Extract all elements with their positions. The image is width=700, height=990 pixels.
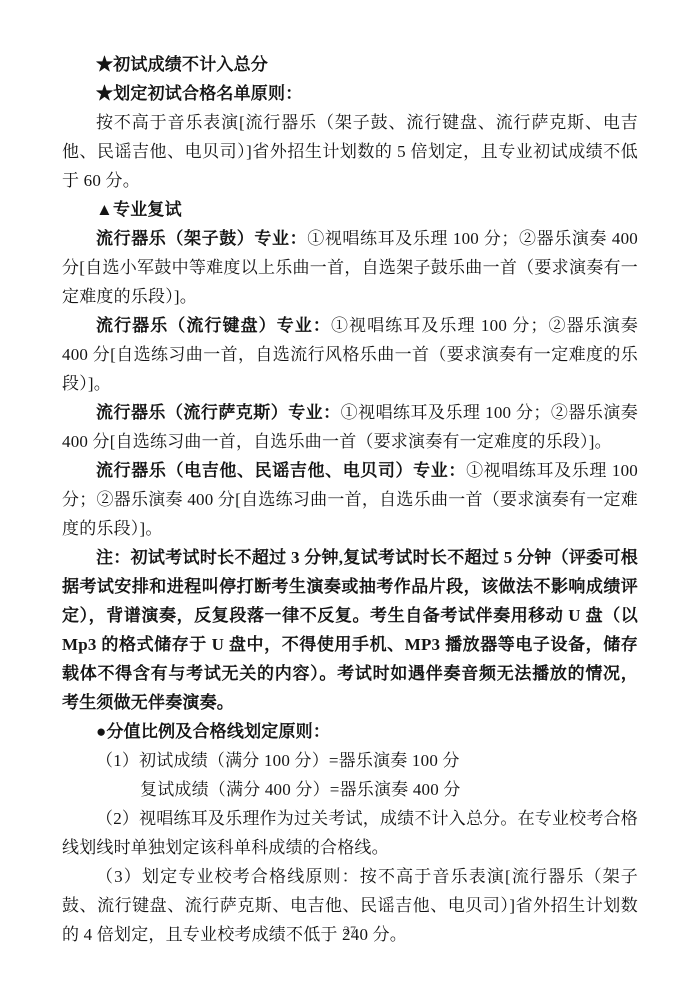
initial-list-rule-heading: ★划定初试合格名单原则： (62, 79, 638, 108)
document-page: ★初试成绩不计入总分 ★划定初试合格名单原则： 按不高于音乐表演[流行器乐（架子… (0, 0, 700, 990)
score-line-retest: 复试成绩（满分 400 分）=器乐演奏 400 分 (62, 775, 638, 804)
score-ratio-heading: ●分值比例及合格线划定原则： (62, 717, 638, 746)
initial-score-note: ★初试成绩不计入总分 (62, 50, 638, 79)
initial-list-rule-paragraph: 按不高于音乐表演[流行器乐（架子鼓、流行键盘、流行萨克斯、电吉他、民谣吉他、电贝… (62, 108, 638, 195)
retest-heading-text: ▲专业复试 (96, 200, 182, 219)
major-sax-lead: 流行器乐（流行萨克斯）专业： (96, 403, 341, 422)
major-drums-lead: 流行器乐（架子鼓）专业： (96, 229, 307, 248)
major-drums-paragraph: 流行器乐（架子鼓）专业：①视唱练耳及乐理 100 分；②器乐演奏 400 分[自… (62, 224, 638, 311)
score-ratio-heading-text: ●分值比例及合格线划定原则： (96, 722, 330, 741)
score-line-retest-text: 复试成绩（满分 400 分）=器乐演奏 400 分 (140, 780, 461, 799)
major-guitar-bass-paragraph: 流行器乐（电吉他、民谣吉他、电贝司）专业：①视唱练耳及乐理 100 分；②器乐演… (62, 456, 638, 543)
rule-2-text: （2）视唱练耳及乐理作为过关考试，成绩不计入总分。在专业校考合格线划线时单独划定… (62, 809, 638, 857)
rule-2-paragraph: （2）视唱练耳及乐理作为过关考试，成绩不计入总分。在专业校考合格线划线时单独划定… (62, 804, 638, 862)
major-sax-paragraph: 流行器乐（流行萨克斯）专业：①视唱练耳及乐理 100 分；②器乐演奏 400 分… (62, 398, 638, 456)
score-line-initial: （1）初试成绩（满分 100 分）=器乐演奏 100 分 (62, 746, 638, 775)
major-guitar-bass-lead: 流行器乐（电吉他、民谣吉他、电贝司）专业： (96, 461, 466, 480)
initial-list-rule-text: 按不高于音乐表演[流行器乐（架子鼓、流行键盘、流行萨克斯、电吉他、民谣吉他、电贝… (62, 113, 638, 190)
initial-score-note-text: ★初试成绩不计入总分 (96, 55, 268, 74)
page-number: 27 (0, 922, 700, 938)
retest-heading: ▲专业复试 (62, 195, 638, 224)
document-body: ★初试成绩不计入总分 ★划定初试合格名单原则： 按不高于音乐表演[流行器乐（架子… (62, 50, 638, 949)
exam-note-text: 注：初试考试时长不超过 3 分钟,复试考试时长不超过 5 分钟（评委可根据考试安… (62, 548, 638, 712)
exam-note-paragraph: 注：初试考试时长不超过 3 分钟,复试考试时长不超过 5 分钟（评委可根据考试安… (62, 543, 638, 717)
score-line-initial-text: （1）初试成绩（满分 100 分）=器乐演奏 100 分 (96, 751, 460, 770)
major-keyboard-paragraph: 流行器乐（流行键盘）专业：①视唱练耳及乐理 100 分；②器乐演奏 400 分[… (62, 311, 638, 398)
major-keyboard-lead: 流行器乐（流行键盘）专业： (96, 316, 331, 335)
initial-list-rule-heading-text: ★划定初试合格名单原则： (96, 84, 302, 103)
